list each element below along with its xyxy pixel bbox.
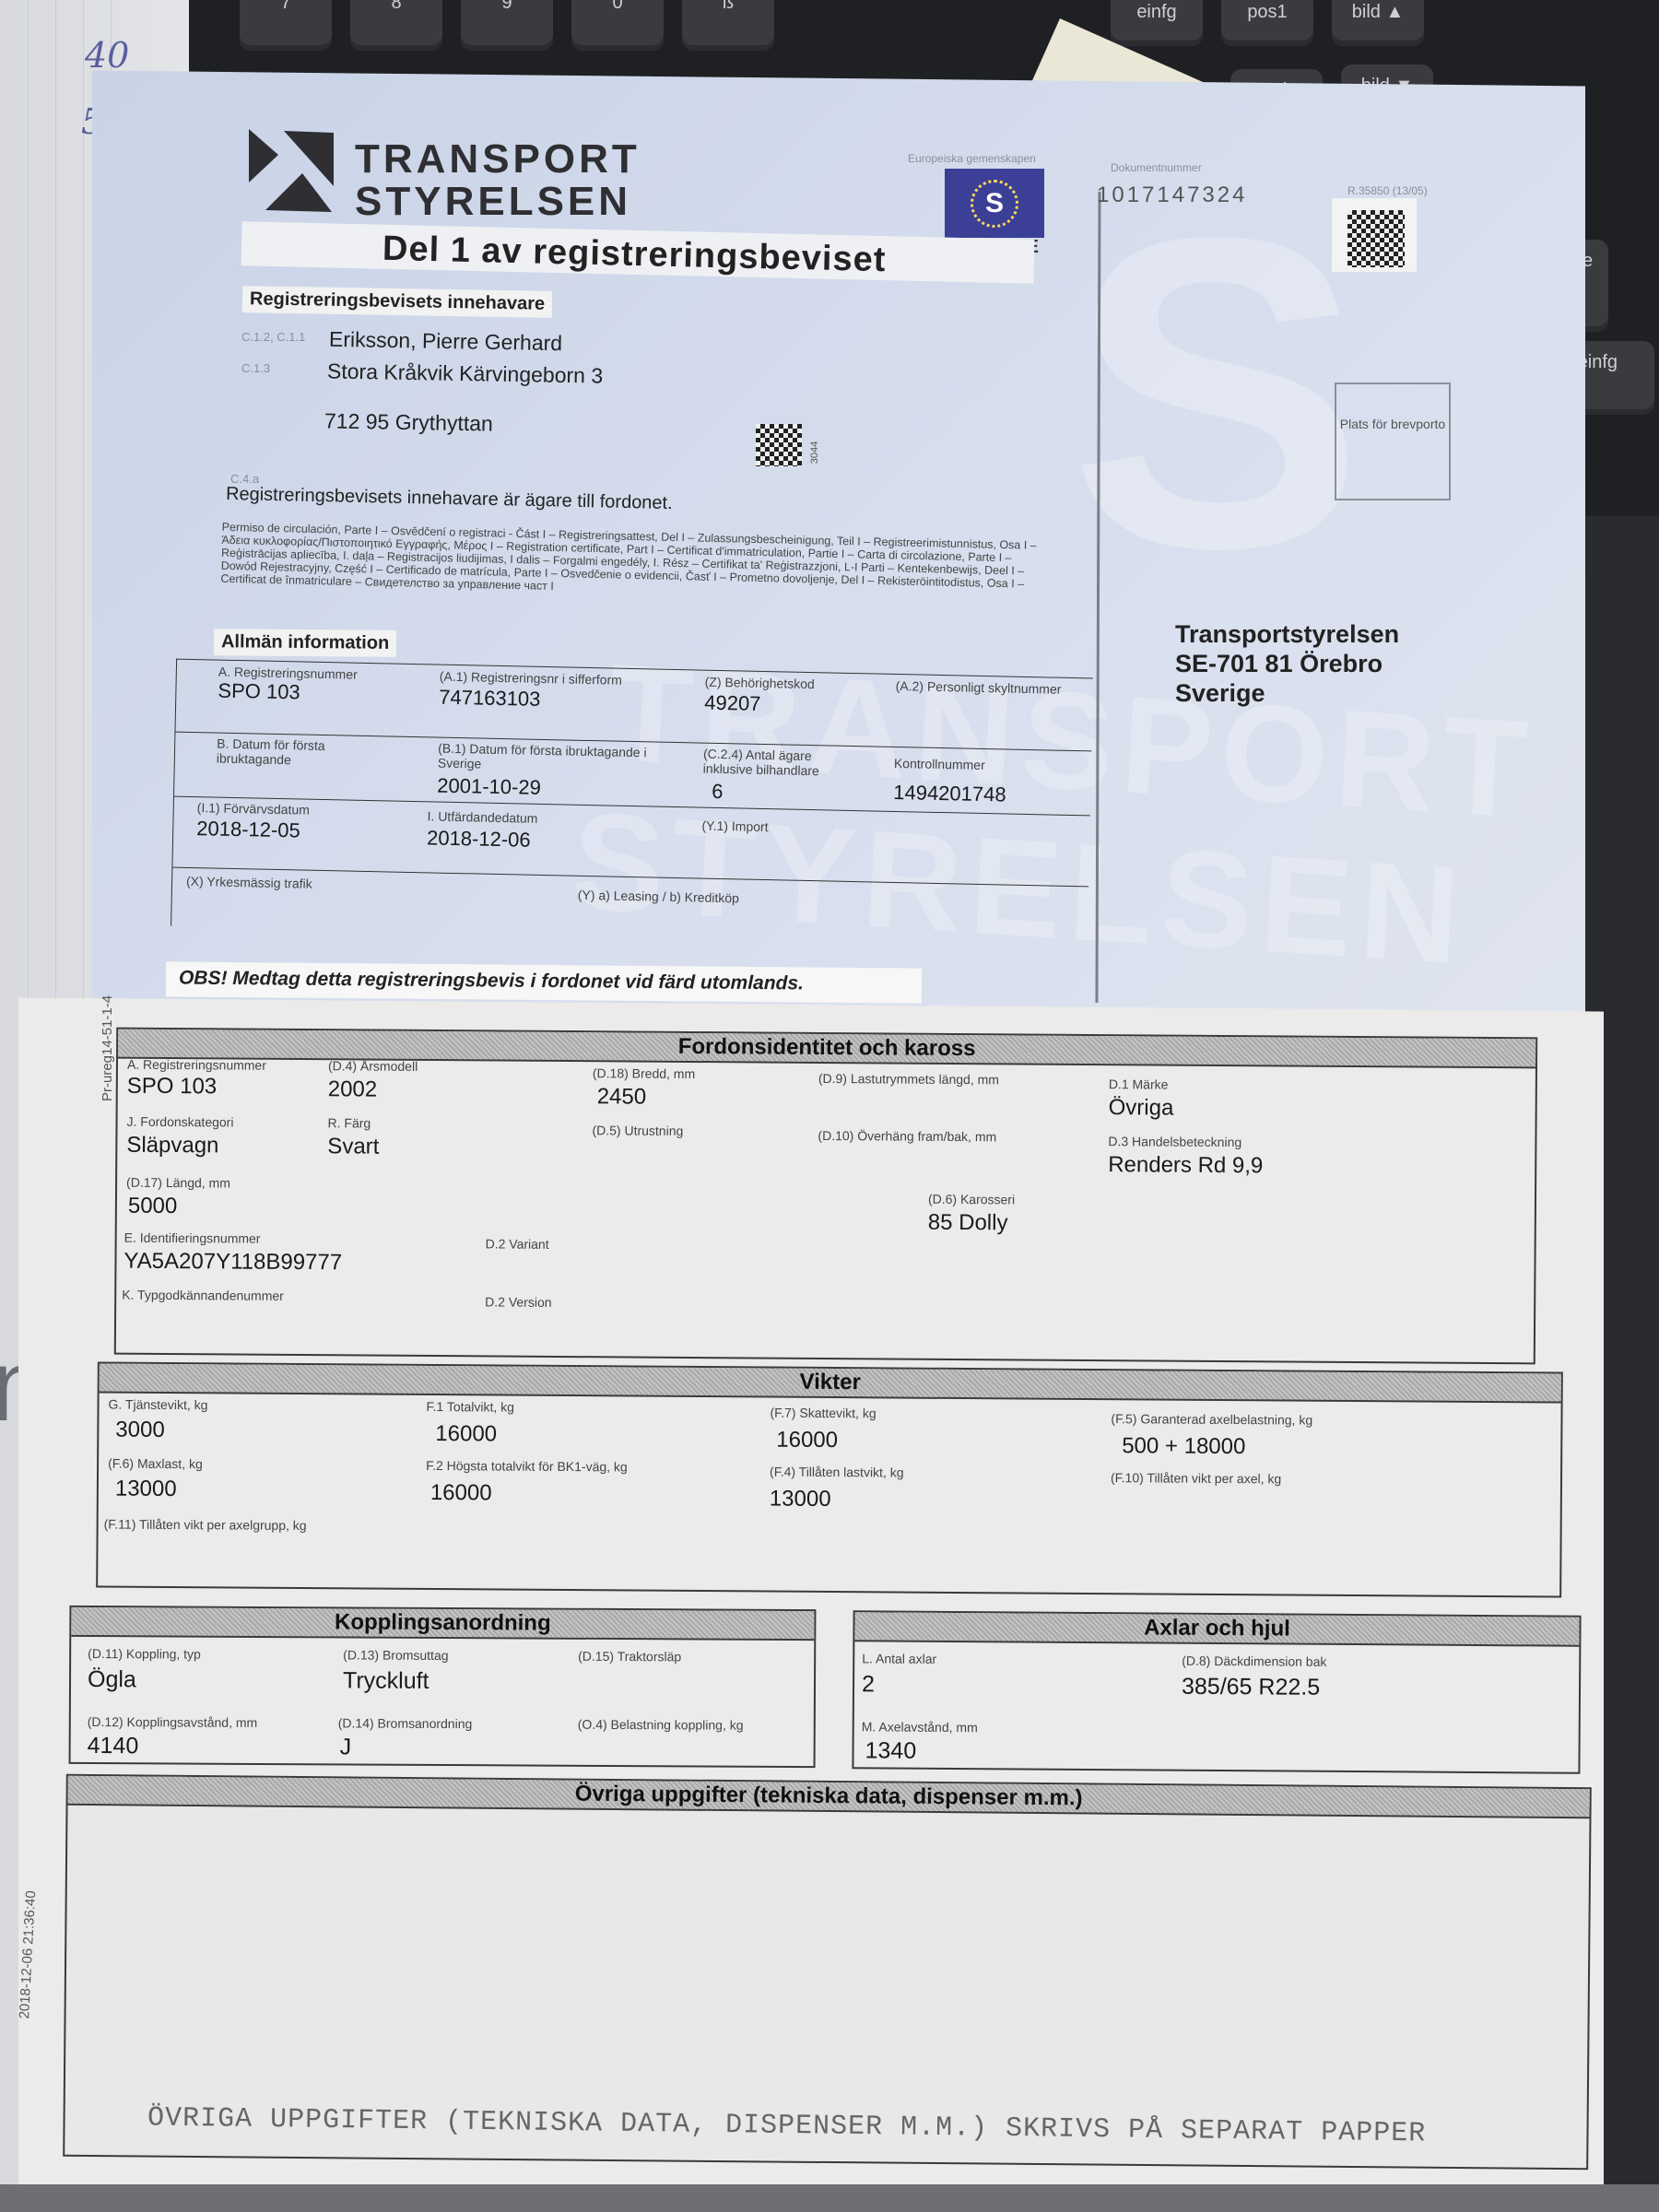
field-label: (F.5) Garanterad axelbelastning, kg <box>1111 1411 1312 1428</box>
background-bottom <box>0 2184 1659 2212</box>
general-info-grid: A. Registreringsnummer SPO 103 (A.1) Reg… <box>171 659 1093 946</box>
field-label: M. Axelavstånd, mm <box>862 1719 978 1735</box>
eu-flag-icon: S <box>945 169 1044 238</box>
field-label: (A.1) Registreringsnr i sifferform <box>440 669 622 688</box>
agency-name: TRANSPORT STYRELSEN <box>355 138 641 223</box>
field-label: (D.12) Kopplingsavstånd, mm <box>88 1714 258 1730</box>
keyboard-key: einfg <box>1111 0 1203 46</box>
field-label: F.2 Högsta totalvikt för BK1-väg, kg <box>426 1458 628 1475</box>
field-label: D.2 Version <box>485 1294 551 1310</box>
holder-street: Stora Kråkvik Kärvingeborn 3 <box>327 359 604 388</box>
field-label: (F.7) Skattevikt, kg <box>770 1406 876 1421</box>
field-value: 2018-12-06 <box>427 826 531 852</box>
field-value: 2018-12-05 <box>196 817 300 842</box>
field-value: Svart <box>327 1134 379 1159</box>
field-value: 385/65 R22.5 <box>1182 1674 1320 1701</box>
field-label: B. Datum för första ibruktagande <box>217 736 347 769</box>
field-value: Tryckluft <box>343 1667 429 1694</box>
vehicle-identity-section: Fordonsidentitet och kaross A. Registrer… <box>114 1028 1537 1365</box>
field-value: 3000 <box>115 1418 165 1443</box>
field-label: J. Fordonskategori <box>126 1114 233 1130</box>
field-label: (D.10) Överhäng fram/bak, mm <box>818 1128 996 1144</box>
axles-wheels-section: Axlar och hjul L. Antal axlar 2 (D.8) Dä… <box>852 1610 1581 1774</box>
keyboard-key: pos1 <box>1221 0 1313 46</box>
field-value: Övriga <box>1109 1095 1174 1121</box>
field-value: 2002 <box>328 1077 378 1102</box>
recipient-address: Transportstyrelsen SE-701 81 Örebro Sver… <box>1175 619 1399 708</box>
field-value: 13000 <box>770 1487 831 1512</box>
field-label: (D.8) Däckdimension bak <box>1182 1653 1326 1669</box>
document-number: 1017147324 <box>1097 182 1247 208</box>
field-value: YA5A207Y118B99777 <box>124 1249 342 1277</box>
keyboard-key: 9 <box>461 0 553 51</box>
field-value: Släpvagn <box>126 1133 218 1159</box>
field-value: 4140 <box>88 1733 139 1759</box>
field-value: 6 <box>712 780 724 804</box>
holder-name: Eriksson, Pierre Gerhard <box>329 327 563 356</box>
field-value: 16000 <box>435 1421 497 1447</box>
coupling-section: Kopplingsanordning (D.11) Koppling, typ … <box>69 1606 817 1768</box>
field-label: (D.11) Koppling, typ <box>88 1646 201 1662</box>
weights-section: Vikter G. Tjänstevikt, kg 3000 F.1 Total… <box>96 1361 1563 1597</box>
field-label: (D.15) Traktorsläp <box>578 1649 681 1665</box>
field-code: C.1.2, C.1.1 <box>241 330 305 344</box>
field-value: 2 <box>862 1671 875 1698</box>
section-heading: Vikter <box>100 1363 1561 1403</box>
field-value: 2450 <box>597 1084 647 1110</box>
transportstyrelsen-logo-icon <box>249 129 336 217</box>
document-number-label: Dokumentnummer <box>1111 161 1202 174</box>
keyboard-key: 8 <box>350 0 442 51</box>
holder-section-heading: Registreringsbevisets innehavare <box>242 286 553 318</box>
field-label: (F.11) Tillåten vikt per axelgrupp, kg <box>104 1517 307 1534</box>
field-label: (B.1) Datum för första ibruktagande i Sv… <box>438 741 678 775</box>
keyboard-key: 0 <box>571 0 664 51</box>
field-label: F.1 Totalvikt, kg <box>426 1399 514 1415</box>
field-value: 16000 <box>776 1428 838 1453</box>
field-value: 500 + 18000 <box>1122 1433 1245 1460</box>
field-value: 49207 <box>704 691 761 716</box>
field-value: Renders Rd 9,9 <box>1108 1152 1263 1179</box>
keyboard-key: bild ▲ <box>1332 0 1424 46</box>
field-value: SPO 103 <box>218 679 300 705</box>
field-label: R. Färg <box>327 1115 371 1130</box>
keyboard-key: ß <box>682 0 774 51</box>
field-label: (I.1) Förvärvsdatum <box>197 800 310 818</box>
qr-code-icon <box>1347 210 1405 267</box>
field-value: 747163103 <box>439 686 541 712</box>
field-label: (D.6) Karosseri <box>928 1192 1015 1207</box>
field-value: 1494201748 <box>893 781 1006 807</box>
field-value: SPO 103 <box>127 1074 218 1100</box>
field-label: (Z) Behörighetskod <box>705 675 815 691</box>
field-label: G. Tjänstevikt, kg <box>108 1397 207 1413</box>
field-label: D.2 Variant <box>486 1236 549 1251</box>
general-info-heading: Allmän information <box>214 629 396 657</box>
field-label: (Y.1) Import <box>701 818 768 835</box>
field-label: (C.2.4) Antal ägare inklusive bilhandlar… <box>703 747 842 779</box>
postage-box: Plats för brevporto <box>1335 382 1451 500</box>
watermark-s: S <box>1069 136 1364 649</box>
field-label: (F.10) Tillåten vikt per axel, kg <box>1111 1470 1281 1486</box>
field-value: 13000 <box>115 1477 177 1502</box>
keyboard-key: 7 <box>240 0 332 51</box>
holder-postal: 712 95 Grythyttan <box>324 408 493 436</box>
field-label: (F.4) Tillåten lastvikt, kg <box>770 1465 904 1480</box>
field-label: (D.13) Bromsuttag <box>343 1647 448 1663</box>
field-label: (A.2) Personligt skyltnummer <box>896 678 1062 697</box>
field-value: Ögla <box>88 1666 136 1693</box>
field-label: (D.14) Bromsanordning <box>338 1715 473 1731</box>
form-side-code: Pr-ureg14-51-1-4 <box>100 995 115 1101</box>
field-label: (X) Yrkesmässig trafik <box>186 874 312 891</box>
section-heading: Kopplingsanordning <box>71 1607 814 1641</box>
obs-notice: OBS! Medtag detta registreringsbevis i f… <box>166 961 922 1003</box>
field-label: (D.17) Längd, mm <box>126 1175 230 1191</box>
field-label: (Y) a) Leasing / b) Kreditköp <box>578 888 739 906</box>
field-value: 5000 <box>128 1194 178 1219</box>
field-value: 85 Dolly <box>928 1210 1008 1237</box>
field-label: D.3 Handelsbeteckning <box>1108 1134 1241 1149</box>
field-label: A. Registreringsnummer <box>127 1057 266 1073</box>
field-label: E. Identifieringsnummer <box>124 1230 261 1246</box>
field-value: J <box>340 1734 352 1760</box>
field-label: D.1 Märke <box>1109 1077 1169 1091</box>
eu-caption: Europeiska gemenskapen <box>908 152 1036 165</box>
form-code: R.35850 (13/05) <box>1347 184 1428 197</box>
field-label: (D.18) Bredd, mm <box>593 1065 695 1081</box>
field-label: I. Utfärdandedatum <box>427 808 537 826</box>
section-heading: Axlar och hjul <box>854 1612 1579 1646</box>
field-label: (D.5) Utrustning <box>592 1123 683 1138</box>
field-code: C.1.3 <box>241 361 270 375</box>
field-label: Kontrollnummer <box>894 756 985 772</box>
field-value: 2001-10-29 <box>437 774 541 800</box>
handwritten-number: 40 <box>85 35 129 76</box>
field-label: L. Antal axlar <box>862 1651 936 1666</box>
field-label: (F.6) Maxlast, kg <box>108 1456 203 1472</box>
field-label: K. Typgodkännandenummer <box>122 1288 284 1303</box>
datamatrix-barcode-icon <box>756 424 802 466</box>
field-label: (O.4) Belastning koppling, kg <box>578 1717 744 1733</box>
field-label: (D.4) Årsmodell <box>328 1058 418 1074</box>
barcode-number: 3044 <box>809 441 820 464</box>
field-value: 1340 <box>865 1737 916 1764</box>
field-value: 16000 <box>430 1480 492 1506</box>
field-label: (D.9) Lastutrymmets längd, mm <box>818 1071 999 1087</box>
